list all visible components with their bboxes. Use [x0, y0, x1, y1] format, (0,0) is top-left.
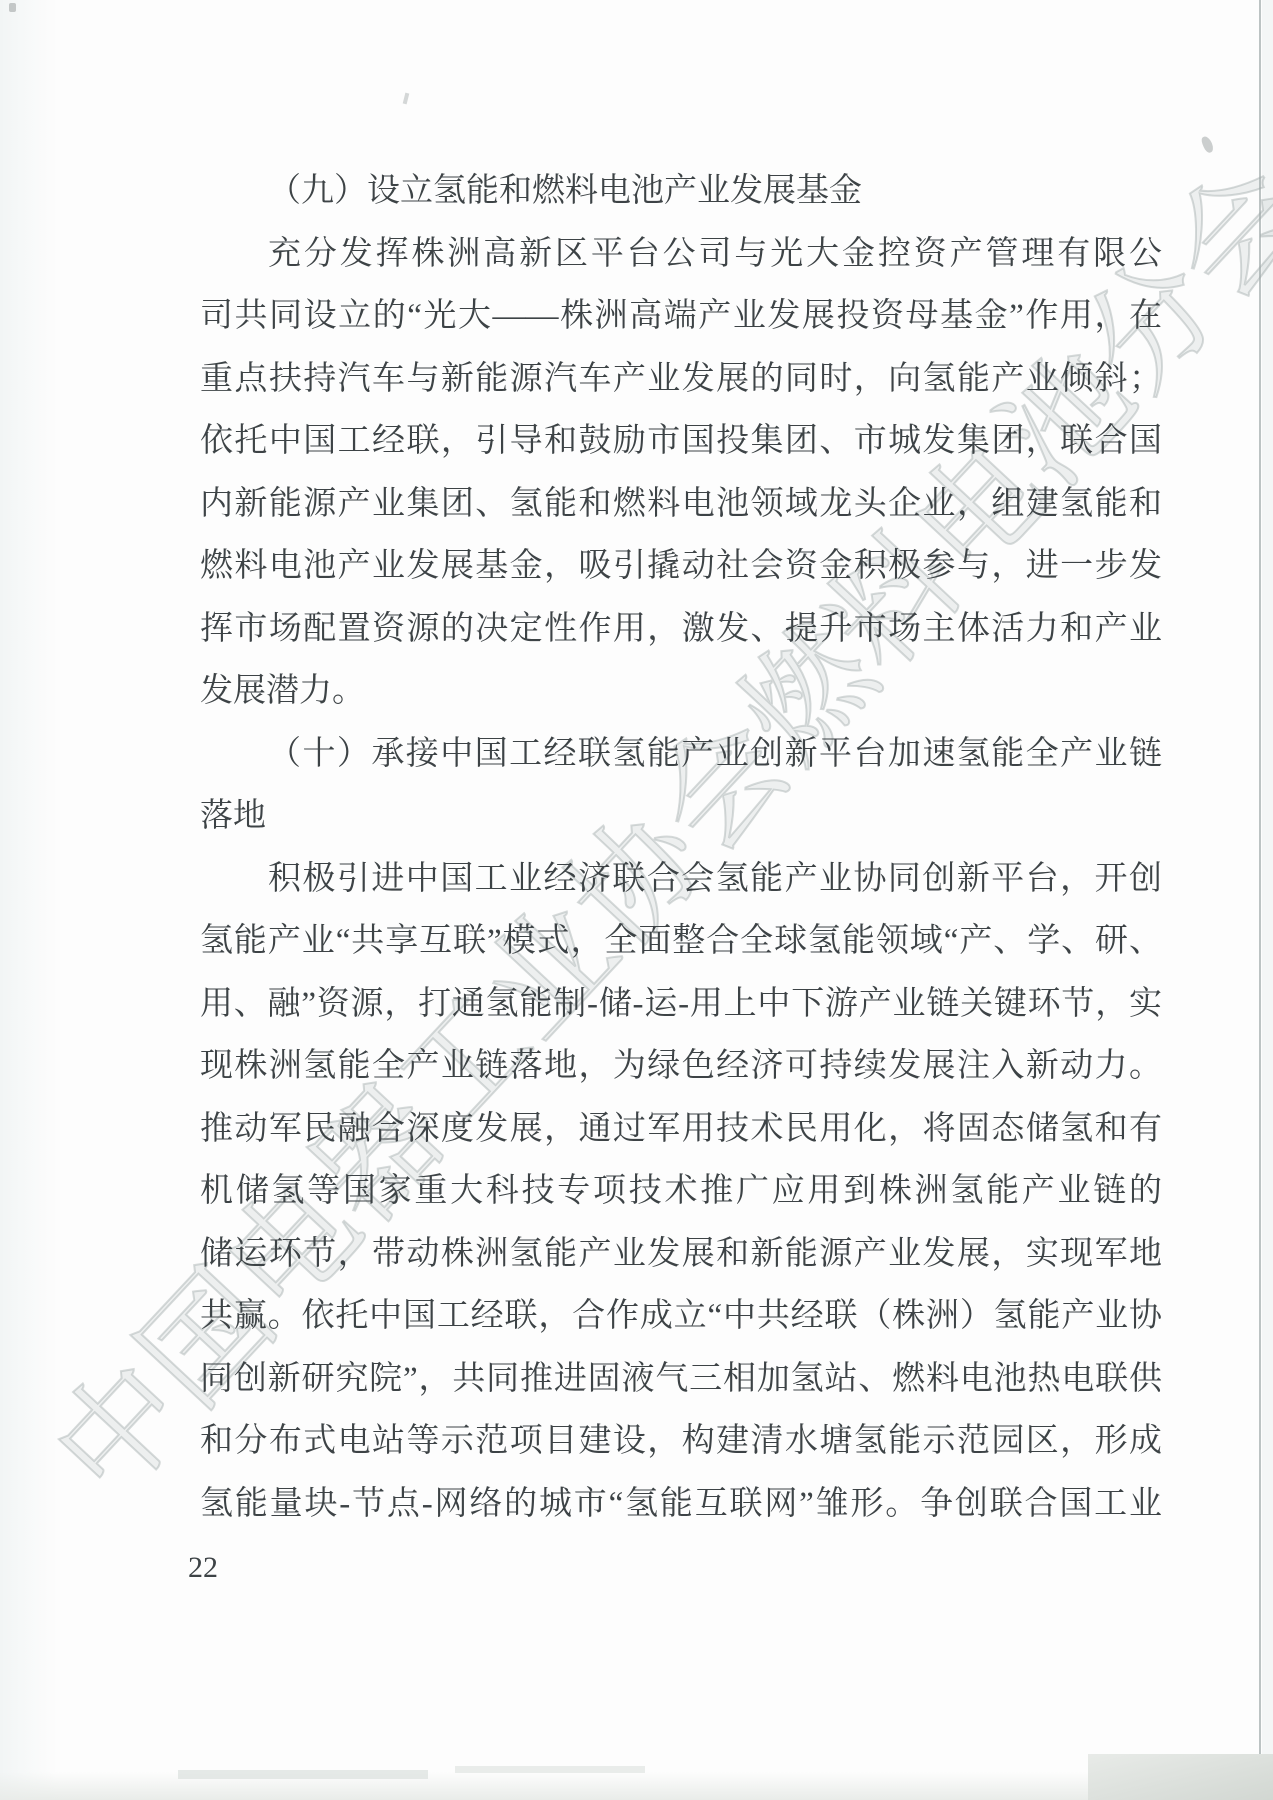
text-line: 储运环节，带动株洲氢能产业发展和新能源产业发展，实现军地 — [200, 1223, 1162, 1286]
text-line: 同创新研究院”，共同推进固液气三相加氢站、燃料电池热电联供 — [200, 1348, 1162, 1411]
text-line: 内新能源产业集团、氢能和燃料电池领域龙头企业，组建氢能和 — [200, 473, 1162, 536]
section-10-heading-continuation: 落地 — [200, 785, 1162, 848]
scan-artifact-top-right — [1200, 135, 1215, 154]
text-line: 依托中国工经联，引导和鼓励市国投集团、市城发集团，联合国 — [200, 410, 1162, 473]
scan-left-edge-shading — [0, 0, 58, 1800]
section-9-heading: （九）设立氢能和燃料电池产业发展基金 — [200, 160, 1162, 223]
scan-artifact-bottom-1 — [178, 1770, 428, 1779]
scanned-document-page: 中国电器工业协会燃料电池分会 （九）设立氢能和燃料电池产业发展基金充分发挥株洲高… — [0, 0, 1273, 1800]
text-line: 积极引进中国工业经济联合会氢能产业协同创新平台，开创 — [200, 848, 1162, 911]
text-line: 挥市场配置资源的决定性作用，激发、提升市场主体活力和产业 — [200, 598, 1162, 661]
scan-artifact-bottom-2 — [455, 1766, 645, 1773]
page-number: 22 — [188, 1548, 218, 1588]
text-line: 司共同设立的“光大——株洲高端产业发展投资母基金”作用，在 — [200, 285, 1162, 348]
document-text: （九）设立氢能和燃料电池产业发展基金充分发挥株洲高新区平台公司与光大金控资产管理… — [200, 160, 1162, 1535]
text-line: 共赢。依托中国工经联，合作成立“中共经联（株洲）氢能产业协 — [200, 1285, 1162, 1348]
text-line: 充分发挥株洲高新区平台公司与光大金控资产管理有限公 — [200, 223, 1162, 286]
text-line: 推动军民融合深度发展，通过军用技术民用化，将固态储氢和有 — [200, 1098, 1162, 1161]
section-10-heading: （十）承接中国工经联氢能产业创新平台加速氢能全产业链 — [200, 723, 1162, 786]
text-line: 机储氢等国家重大科技专项技术推广应用到株洲氢能产业链的 — [200, 1160, 1162, 1223]
text-line: 重点扶持汽车与新能源汽车产业发展的同时，向氢能产业倾斜； — [200, 348, 1162, 411]
text-line: 燃料电池产业发展基金，吸引撬动社会资金积极参与，进一步发 — [200, 535, 1162, 598]
scan-right-edge-paper — [1262, 0, 1273, 1800]
scan-artifact-top — [403, 93, 410, 105]
scan-bottom-right-corner-shadow — [1088, 1754, 1273, 1800]
scan-right-edge-line — [1259, 0, 1261, 1758]
text-line: 氢能量块-节点-网络的城市“氢能互联网”雏形。争创联合国工业 — [200, 1473, 1162, 1536]
text-line: 发展潜力。 — [200, 660, 1162, 723]
scan-artifact-top-left — [9, 3, 16, 12]
text-line: 和分布式电站等示范项目建设，构建清水塘氢能示范园区，形成 — [200, 1410, 1162, 1473]
text-line: 用、融”资源，打通氢能制-储-运-用上中下游产业链关键环节，实 — [200, 973, 1162, 1036]
text-line: 氢能产业“共享互联”模式，全面整合全球氢能领域“产、学、研、 — [200, 910, 1162, 973]
text-line: 现株洲氢能全产业链落地，为绿色经济可持续发展注入新动力。 — [200, 1035, 1162, 1098]
